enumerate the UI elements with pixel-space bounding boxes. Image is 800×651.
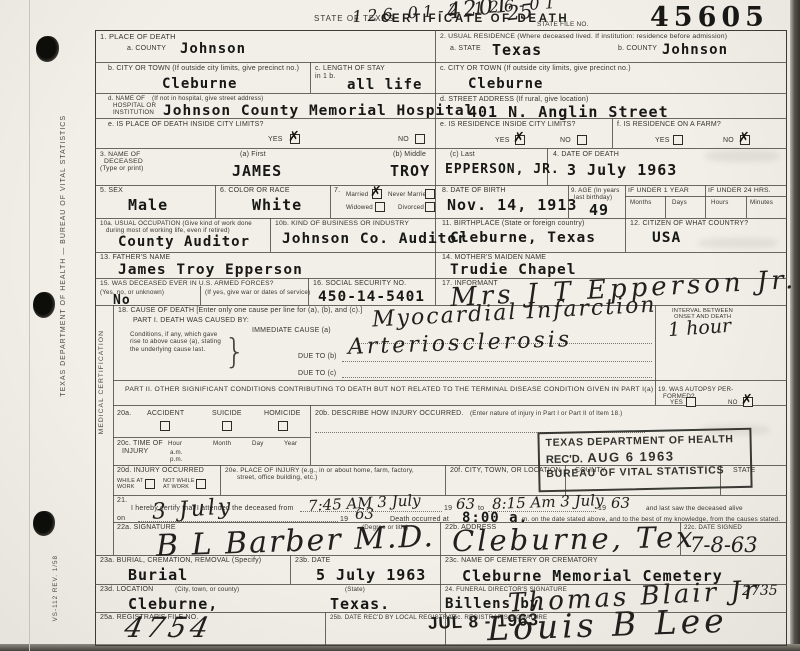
business-industry-value: Johnson Co. Auditor	[282, 231, 467, 247]
brace-glyph: }	[224, 332, 246, 372]
yes-label: YES	[670, 399, 683, 406]
year-prefix: 19	[598, 505, 606, 513]
grid-line	[113, 437, 310, 438]
birthplace-value: Cleburne, Texas	[450, 230, 596, 246]
no-checkbox-checked	[743, 397, 753, 407]
length-of-stay-label: c. LENGTH OF STAY	[315, 65, 385, 73]
marital-number-label: 7.	[334, 187, 340, 195]
last-name-label: (c) Last	[450, 151, 475, 159]
grid-line	[705, 185, 706, 218]
color-race-label: 6. COLOR OR RACE	[220, 187, 290, 195]
grid-line	[325, 612, 326, 645]
date-signed-value: 7-8-63	[690, 533, 758, 557]
year-label: Year	[284, 440, 297, 447]
sex-label: 5. SEX	[100, 187, 123, 195]
grid-line	[290, 555, 291, 584]
length-of-stay-label2: in 1 b.	[315, 73, 335, 81]
injury-20a-label: 20a.	[117, 410, 131, 418]
year-prefix: 19	[444, 505, 452, 513]
ssn-value: 450-14-5401	[318, 289, 425, 305]
no-label: NO	[723, 137, 734, 145]
due-to-b-label: DUE TO (b)	[298, 353, 337, 361]
res-city-value: Cleburne	[468, 76, 543, 92]
fill-line	[342, 361, 652, 362]
place-of-injury-label2: street, office building, etc.)	[237, 474, 317, 482]
divorced-label: Divorced	[398, 204, 424, 211]
usual-residence-title: 2. USUAL RESIDENCE (Where deceased lived…	[440, 33, 727, 41]
armed-forces-note1: (Yes, no, or unknown)	[100, 289, 164, 296]
yes-label: YES	[268, 136, 283, 144]
month-label: Month	[213, 440, 231, 447]
res-city-label: c. CITY OR TOWN (If outside city limits,…	[440, 65, 631, 73]
place-of-death-title: 1. PLACE OF DEATH	[100, 33, 176, 42]
suicide-label: SUICIDE	[212, 410, 242, 418]
armed-forces-value: No	[113, 293, 131, 308]
yes-checkbox-checked	[290, 134, 300, 144]
hospital-value: Johnson County Memorial Hospital	[163, 103, 474, 119]
color-race-value: White	[252, 196, 302, 214]
immediate-cause-label: IMMEDIATE CAUSE (a)	[252, 327, 331, 335]
mother-maiden-value: Trudie Chapel	[450, 262, 577, 278]
while-at-work-label2: WORK	[117, 484, 135, 490]
days-label: Days	[672, 199, 687, 206]
grid-line	[95, 148, 787, 149]
location-note1: (City, town, or county)	[175, 586, 239, 593]
registrar-file-value: 4754	[121, 611, 215, 644]
county-value: Johnson	[180, 41, 246, 57]
under-1-year-label: IF UNDER 1 YEAR	[628, 187, 689, 195]
interval-value: 1 hour	[667, 315, 732, 341]
while-at-work-checkbox	[145, 479, 155, 489]
first-name-value: JAMES	[232, 162, 282, 180]
grid-line	[200, 286, 201, 305]
length-of-stay-value: all life	[347, 77, 422, 93]
stamp-recd-label: REC'D.	[546, 453, 583, 466]
item21-number: 21.	[117, 497, 127, 505]
burial-date-label: 23b. DATE	[295, 557, 331, 565]
father-name-label: 13. FATHER'S NAME	[100, 254, 170, 262]
grid-line	[665, 196, 666, 218]
part1-label: PART I. DEATH WAS CAUSED BY:	[133, 317, 249, 325]
grid-line	[625, 196, 787, 197]
grid-line	[95, 252, 787, 253]
punch-hole	[33, 292, 55, 318]
no-label: NO	[728, 399, 738, 406]
certify-text2: and last saw the deceased alive	[646, 505, 743, 513]
suicide-checkbox	[222, 421, 232, 431]
street-address-value: 401 N. Anglin Street	[468, 103, 669, 121]
scan-right-edge	[790, 0, 800, 651]
homicide-checkbox	[278, 421, 288, 431]
part2-label: PART II. OTHER SIGNIFICANT CONDITIONS CO…	[125, 386, 653, 394]
hours-label: Hours	[711, 199, 729, 206]
citizen-value: USA	[652, 230, 681, 246]
grid-line	[435, 30, 436, 305]
birthplace-label: 11. BIRTHPLACE (State or foreign country…	[442, 220, 585, 228]
place-city-limits-label: e. IS PLACE OF DEATH INSIDE CITY LIMITS?	[108, 121, 264, 129]
last-seen-year: 63	[355, 505, 374, 523]
yes-checkbox-checked	[515, 135, 525, 145]
pm-label: p.m.	[170, 456, 183, 463]
date-of-death-value: 3 July 1963	[567, 161, 677, 179]
not-while-at-work-label2: AT WORK	[163, 484, 189, 490]
widowed-checkbox	[375, 202, 385, 212]
day-label: Day	[252, 440, 264, 447]
grid-line	[330, 185, 331, 218]
burial-date-value: 5 July 1963	[316, 566, 426, 584]
grid-line	[113, 305, 114, 555]
describe-injury-label: 20b. DESCRIBE HOW INJURY OCCURRED.	[315, 410, 464, 418]
under-24-hrs-label: IF UNDER 24 HRS.	[708, 187, 771, 195]
received-stamp: TEXAS DEPARTMENT OF HEALTH REC'D. AUG 6 …	[537, 428, 752, 492]
grid-line	[445, 465, 446, 495]
attended-to-year: 63	[611, 494, 630, 512]
married-label: Married	[346, 191, 368, 198]
state-file-number: 45605	[650, 2, 769, 33]
grid-line	[220, 465, 221, 495]
fill-line	[488, 511, 596, 512]
months-label: Months	[630, 199, 652, 206]
not-while-at-work-checkbox	[196, 479, 206, 489]
grid-line	[215, 185, 216, 218]
grid-line	[113, 380, 787, 381]
yes-label: YES	[655, 137, 670, 145]
grid-line	[310, 62, 311, 93]
middle-name-value: TROY	[390, 162, 430, 180]
res-county-label: b. COUNTY	[618, 45, 657, 53]
homicide-label: HOMICIDE	[264, 410, 301, 418]
grid-line	[270, 218, 271, 252]
grid-line	[440, 522, 441, 555]
conditions-note: Conditions, if any, which gave rise to a…	[130, 331, 224, 353]
res-farm-label: f. IS RESIDENCE ON A FARM?	[617, 121, 721, 129]
hospital-label3: INSTITUTION	[113, 109, 154, 116]
grid-line	[95, 93, 787, 94]
grid-line	[95, 62, 787, 63]
city-value: Cleburne	[162, 76, 237, 92]
minutes-label: Minutes	[750, 199, 773, 206]
fill-line	[342, 377, 652, 378]
no-checkbox-checked	[740, 135, 750, 145]
no-checkbox	[577, 135, 587, 145]
hospital-note: (If not in hospital, give street address…	[152, 95, 263, 102]
ssn-label: 16. SOCIAL SECURITY NO.	[313, 280, 406, 288]
res-city-limits-label: e. IS RESIDENCE INSIDE CITY LIMITS?	[440, 121, 576, 129]
form-number-text: VS-112 REV. 1/58	[52, 555, 59, 621]
accident-checkbox	[160, 421, 170, 431]
citizen-label: 12. CITIZEN OF WHAT COUNTRY?	[630, 220, 748, 228]
left-margin-agency-text: TEXAS DEPARTMENT OF HEALTH — BUREAU OF V…	[60, 115, 67, 397]
location-label: 23d. LOCATION	[100, 586, 153, 594]
last-name-value: EPPERSON, JR.	[445, 162, 560, 177]
paper-edge-line	[29, 0, 30, 651]
date-of-death-label: 4. DATE OF DEATH	[553, 151, 619, 159]
fill-line	[138, 521, 338, 522]
business-industry-label: 10b. KIND OF BUSINESS OR INDUSTRY	[275, 220, 409, 228]
no-checkbox	[415, 134, 425, 144]
first-name-label: (a) First	[240, 151, 266, 159]
on-label: on	[117, 515, 125, 523]
never-married-checkbox	[425, 189, 435, 199]
grid-line	[625, 185, 626, 252]
middle-name-label: (b) Middle	[393, 151, 426, 159]
widowed-label: Widowed	[346, 204, 373, 211]
father-name-value: James Troy Epperson	[118, 262, 303, 278]
state-file-no-label: STATE FILE NO.	[537, 21, 589, 29]
location-note2: (State)	[345, 586, 365, 593]
res-county-value: Johnson	[662, 42, 728, 58]
cemetery-label: 23c. NAME OF CEMETERY OR CREMATORY	[445, 557, 598, 565]
handwritten-25: 25	[506, 0, 534, 25]
age-value: 49	[589, 201, 609, 219]
yes-label: YES	[495, 137, 510, 145]
grid-line	[746, 196, 747, 218]
yes-checkbox	[673, 135, 683, 145]
armed-forces-label: 15. WAS DECEASED EVER IN U.S. ARMED FORC…	[100, 280, 274, 288]
describe-injury-note: (Enter nature of injury in Part I or Par…	[470, 410, 622, 417]
time-of-injury-label2: INJURY	[122, 448, 148, 456]
name-of-deceased-label3: (Type or print)	[100, 165, 143, 173]
grid-line	[95, 218, 787, 219]
grid-line	[612, 118, 613, 148]
date-of-birth-value: Nov. 14, 1913	[447, 196, 577, 214]
no-label: NO	[398, 136, 409, 144]
mother-maiden-label: 14. MOTHER'S MAIDEN NAME	[442, 254, 546, 262]
date-of-birth-label: 8. DATE OF BIRTH	[442, 187, 506, 195]
yes-checkbox	[686, 397, 696, 407]
armed-forces-note2: (If yes, give war or dates of service)	[205, 289, 310, 296]
no-label: NO	[560, 137, 571, 145]
accident-label: ACCIDENT	[147, 410, 184, 418]
city-label: b. CITY OR TOWN (If outside city limits,…	[108, 65, 299, 73]
grid-line	[95, 185, 787, 186]
stamp-date: AUG 6 1963	[587, 448, 675, 465]
due-to-c-label: DUE TO (c)	[298, 370, 336, 378]
never-married-label: Never Married	[388, 191, 430, 198]
cause-of-death-label: 18. CAUSE OF DEATH [Enter only one cause…	[118, 307, 362, 315]
funeral-number: 2735	[742, 583, 778, 599]
divorced-checkbox	[425, 202, 435, 212]
injury-occurred-label: 20d. INJURY OCCURRED	[117, 467, 204, 475]
occupation-value: County Auditor	[118, 234, 250, 250]
burial-value: Burial	[128, 566, 188, 584]
married-checkbox-checked	[372, 189, 382, 199]
burial-label: 23a. BURIAL, CREMATION, REMOVAL (Specify…	[100, 557, 261, 565]
death-certificate-scan: STATE OF TEXAS 126 01-2 126-01 CERTIFICA…	[0, 0, 800, 651]
time-of-injury-label: 20c. TIME OF	[117, 440, 163, 448]
hour-label: Hour	[168, 440, 182, 447]
grid-line	[440, 555, 441, 612]
county-label: a. COUNTY	[127, 45, 166, 53]
grid-line	[655, 305, 656, 405]
punch-hole	[33, 511, 55, 536]
location-state-value: Texas.	[330, 595, 390, 613]
grid-line	[310, 405, 311, 465]
state-value: Texas	[492, 41, 542, 59]
date-signed-label: 22c. DATE SIGNED	[684, 524, 742, 531]
punch-hole	[36, 36, 59, 62]
fill-line	[300, 511, 442, 512]
state-label: a. STATE	[450, 45, 481, 53]
sex-value: Male	[128, 196, 168, 214]
physician-address: Cleburne, Tex	[452, 520, 696, 558]
